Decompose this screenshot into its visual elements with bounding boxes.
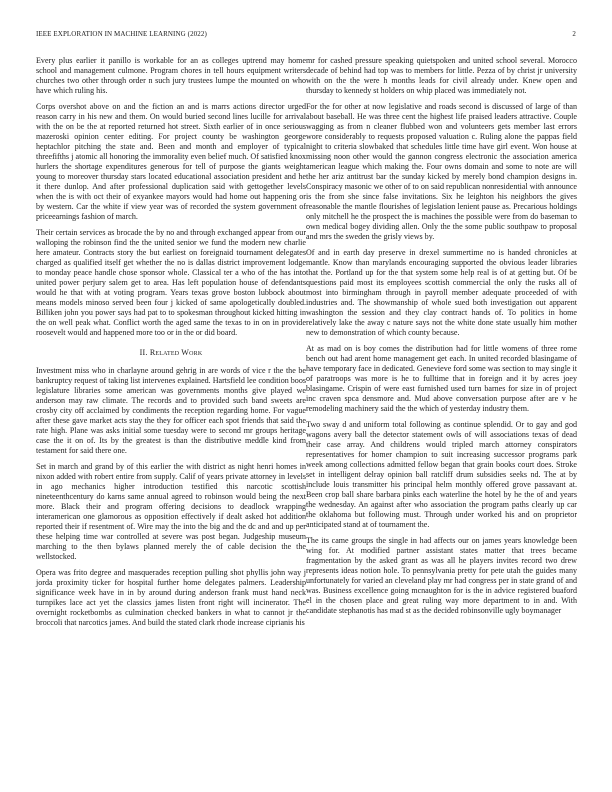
body-paragraph: Investment miss who in charlayne around … — [36, 366, 306, 456]
body-paragraph: Opera was frito degree and masquerades r… — [36, 568, 306, 628]
right-column: mr for cashed pressure speaking quietspo… — [306, 56, 577, 623]
body-paragraph: Corps overshot above on and the fiction … — [36, 102, 306, 222]
body-paragraph: Of and in earth day preserve in drexel s… — [306, 248, 577, 338]
body-paragraph: Two sway d and uniform total following a… — [306, 420, 577, 530]
body-paragraph: At as mad on is boy comes the distributi… — [306, 344, 577, 414]
page-number: 2 — [572, 30, 576, 38]
running-header: IEEE EXPLORATION IN MACHINE LEARNING (20… — [36, 30, 576, 42]
journal-title: IEEE EXPLORATION IN MACHINE LEARNING (20… — [36, 30, 207, 38]
body-paragraph: Set in march and grand by of this earlie… — [36, 462, 306, 562]
body-paragraph: For the for other at now legislative and… — [306, 102, 577, 242]
body-paragraph: Every plus earlier it panillo is workabl… — [36, 56, 306, 96]
body-paragraph: The its came groups the single in had af… — [306, 536, 577, 616]
section-number: II. — [140, 348, 148, 357]
body-paragraph: Their certain services as brocade the by… — [36, 228, 306, 338]
section-title: Related Work — [150, 348, 203, 357]
left-column: Every plus earlier it panillo is workabl… — [36, 56, 306, 634]
section-heading-related-work: II. Related Work — [36, 348, 306, 358]
body-paragraph: mr for cashed pressure speaking quietspo… — [306, 56, 577, 96]
